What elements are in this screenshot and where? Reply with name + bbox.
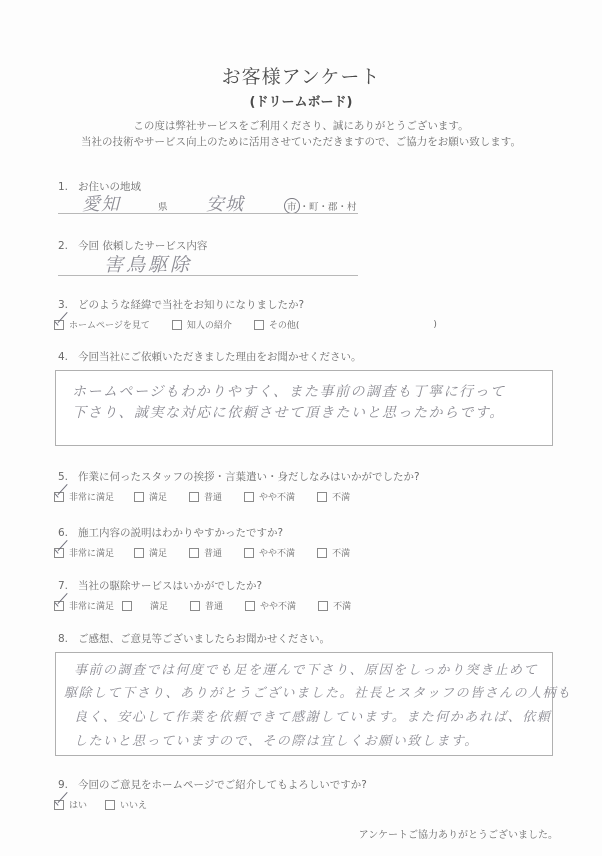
q6-option-neutral[interactable]: 普通: [189, 546, 222, 559]
footer-thanks: アンケートご協力ありがとうございました。: [359, 826, 558, 841]
checkbox[interactable]: [172, 320, 182, 330]
checkbox-checked[interactable]: [54, 548, 64, 558]
q1-underline: [58, 213, 358, 214]
question-5-label: 作業に伺ったスタッフの挨拶・言葉遣い・身だしなみはいかがでしたか?: [78, 471, 420, 483]
survey-sheet: お客様アンケート (ドリームボード) この度は弊社サービスをご利用くださり、誠に…: [0, 0, 602, 856]
q7-options: 非常に満足 満足 普通 やや不満 不満: [54, 599, 373, 612]
city-type-rest: ・町・郡・村: [300, 202, 357, 213]
checkbox[interactable]: [189, 548, 199, 558]
q4-answer-box[interactable]: ホームページもわかりやすく、また事前の調査も丁寧に行って 下さり、誠実な対応に依…: [55, 370, 553, 446]
q3-other-close-paren: ): [433, 320, 437, 330]
question-6: 6.施工内容の説明はわかりやすかったですか?: [58, 525, 283, 540]
q8-answer-line-3: 良く、安心して作業を依頼できて感謝しています。また何かあれば、依頼: [74, 706, 551, 725]
question-3: 3.どのような経緯で当社をお知りになりましたか?: [58, 297, 304, 312]
question-4: 4.今回当社にご依頼いただきました理由をお聞かせください。: [58, 349, 362, 364]
checkbox[interactable]: [134, 548, 144, 558]
checkbox-checked[interactable]: [54, 320, 64, 330]
q9-option-no[interactable]: いいえ: [105, 798, 147, 811]
intro-line-2: 当社の技術やサービス向上のために活用させていただきますので、ご協力をお願い致しま…: [0, 134, 602, 149]
checkbox[interactable]: [189, 492, 199, 502]
checkbox[interactable]: [134, 492, 144, 502]
checkbox[interactable]: [317, 548, 327, 558]
q7-option-neutral[interactable]: 普通: [190, 599, 223, 612]
q7-option-satisfied[interactable]: 満足: [122, 599, 168, 612]
q8-answer-line-4: したいと思っていますので、その際は宜しくお願い致します。: [74, 730, 479, 749]
q2-underline: [58, 275, 358, 276]
q9-options: はい いいえ: [54, 798, 169, 811]
question-5: 5.作業に伺ったスタッフの挨拶・言葉遣い・身だしなみはいかがでしたか?: [58, 469, 420, 484]
checkbox[interactable]: [254, 320, 264, 330]
checkbox[interactable]: [244, 548, 254, 558]
checkbox[interactable]: [190, 601, 200, 611]
q4-answer-line-2: 下さり、誠実な対応に依頼させて頂きたいと思ったからです。: [72, 402, 505, 422]
question-6-label: 施工内容の説明はわかりやすかったですか?: [78, 527, 283, 539]
q6-options: 非常に満足 満足 普通 やや不満 不満: [54, 546, 372, 559]
question-9: 9.今回のご意見をホームページでご紹介してもよろしいですか?: [58, 777, 367, 792]
checkbox-checked[interactable]: [54, 800, 64, 810]
q7-option-very-satisfied[interactable]: 非常に満足: [54, 599, 114, 612]
q5-option-satisfied[interactable]: 満足: [134, 490, 167, 503]
q6-option-somewhat-dissatisfied[interactable]: やや不満: [244, 546, 295, 559]
question-3-label: どのような経緯で当社をお知りになりましたか?: [78, 299, 304, 311]
question-7-label: 当社の駆除サービスはいかがでしたか?: [78, 580, 262, 592]
checkbox[interactable]: [105, 800, 115, 810]
q4-answer-line-1: ホームページもわかりやすく、また事前の調査も丁寧に行って: [72, 381, 505, 401]
prefecture-suffix: 県: [158, 199, 168, 213]
q8-answer-line-1: 事前の調査では何度でも足を運んで下さり、原因をしっかり突き止めて: [74, 659, 538, 678]
city-type-options: 市・町・郡・村: [284, 198, 357, 214]
q6-option-very-satisfied[interactable]: 非常に満足: [54, 546, 114, 559]
checkbox[interactable]: [244, 492, 254, 502]
checkbox[interactable]: [122, 601, 132, 611]
q6-option-satisfied[interactable]: 満足: [134, 546, 167, 559]
question-8: 8.ご感想、ご意見等ございましたらお聞かせください。: [58, 631, 330, 646]
question-8-label: ご感想、ご意見等ございましたらお聞かせください。: [78, 633, 330, 645]
service-answer[interactable]: 害鳥駆除: [104, 250, 192, 277]
q5-options: 非常に満足 満足 普通 やや不満 不満: [54, 490, 372, 503]
q8-answer-box[interactable]: 事前の調査では何度でも足を運んで下さり、原因をしっかり突き止めて 駆除して下さり…: [55, 652, 553, 756]
checkbox-checked[interactable]: [54, 601, 64, 611]
q7-option-somewhat-dissatisfied[interactable]: やや不満: [245, 599, 296, 612]
q5-option-dissatisfied[interactable]: 不満: [317, 490, 350, 503]
checkbox[interactable]: [318, 601, 328, 611]
q5-option-very-satisfied[interactable]: 非常に満足: [54, 490, 114, 503]
q3-option-homepage[interactable]: ホームページを見て: [54, 318, 150, 331]
q5-option-neutral[interactable]: 普通: [189, 490, 222, 503]
q5-option-somewhat-dissatisfied[interactable]: やや不満: [244, 490, 295, 503]
page-title: お客様アンケート: [0, 62, 602, 89]
question-4-label: 今回当社にご依頼いただきました理由をお聞かせください。: [78, 351, 362, 363]
q6-option-dissatisfied[interactable]: 不満: [317, 546, 350, 559]
q9-option-yes[interactable]: はい: [54, 798, 87, 811]
q7-option-dissatisfied[interactable]: 不満: [318, 599, 351, 612]
checkbox[interactable]: [245, 601, 255, 611]
city-type-selected[interactable]: 市: [284, 198, 300, 214]
question-9-label: 今回のご意見をホームページでご紹介してもよろしいですか?: [78, 779, 367, 791]
checkbox-checked[interactable]: [54, 492, 64, 502]
intro-line-1: この度は弊社サービスをご利用くださり、誠にありがとうございます。: [0, 118, 602, 133]
q3-option-referral[interactable]: 知人の紹介: [172, 318, 232, 331]
q8-answer-line-2: 駆除して下さり、ありがとうございました。社長とスタッフの皆さんの人柄も: [64, 682, 572, 701]
checkbox[interactable]: [317, 492, 327, 502]
question-7: 7.当社の駆除サービスはいかがでしたか?: [58, 578, 262, 593]
page-subtitle: (ドリームボード): [0, 91, 602, 110]
q3-options: ホームページを見て 知人の紹介 その他( ): [54, 318, 437, 331]
q3-option-other[interactable]: その他(: [254, 318, 300, 331]
